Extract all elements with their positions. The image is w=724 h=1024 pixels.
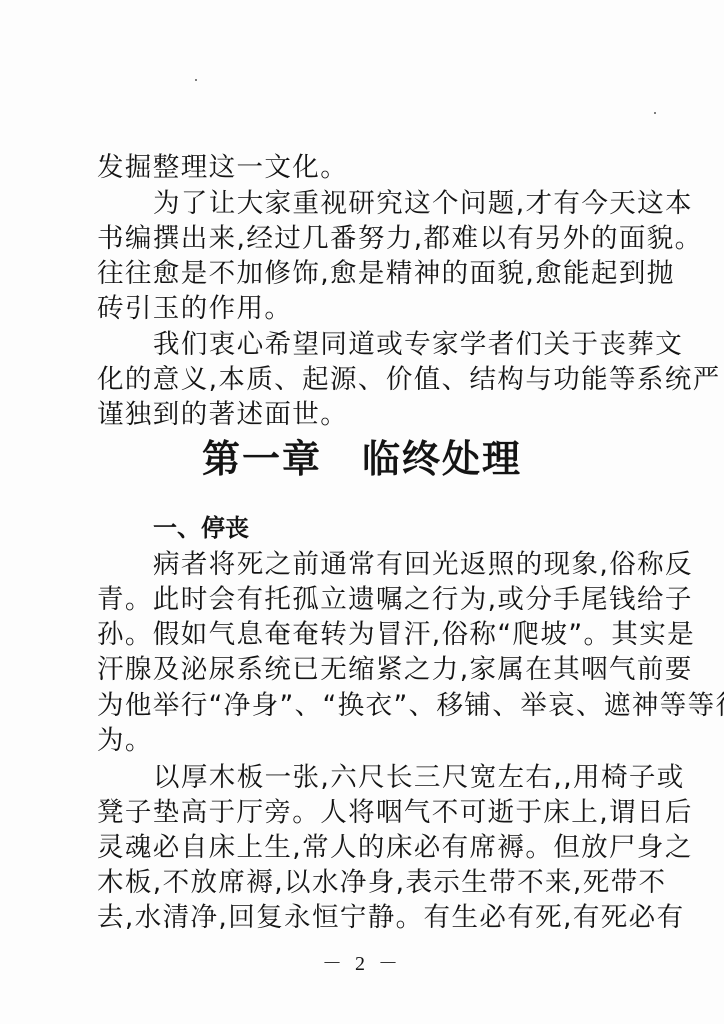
text-line: 青。此时会有托孤立遗嘱之行为,或分手尾钱给子	[97, 582, 629, 617]
text-line: 谨独到的著述面世。	[97, 397, 629, 432]
scan-speck	[654, 112, 656, 114]
text-line: 汗腺及泌尿系统已无缩紧之力,家属在其咽气前要	[97, 652, 629, 687]
chapter-number: 第一章	[202, 437, 322, 481]
text-line: 化的意义,本质、起源、价值、结构与功能等系统严	[97, 362, 629, 397]
text-line: 往往愈是不加修饰,愈是精神的面貌,愈能起到抛	[97, 256, 629, 291]
text-line: 发掘整理这一文化。	[97, 150, 629, 185]
text-line: 以厚木板一张,六尺长三尺宽左右,,用椅子或	[97, 760, 629, 795]
text-line: 为。	[97, 723, 629, 758]
chapter-heading: 第一章临终处理	[0, 437, 724, 481]
text-line: 孙。假如气息奄奄转为冒汗,俗称“爬坡”。其实是	[97, 617, 629, 652]
section-heading: 一、停丧	[153, 511, 249, 545]
text-line: 我们衷心希望同道或专家学者们关于丧葬文	[97, 327, 629, 362]
text-line: 凳子垫高于厅旁。人将咽气不可逝于床上,谓日后	[97, 795, 629, 830]
page-number: － 2 －	[0, 952, 724, 976]
scan-speck	[195, 79, 197, 81]
text-line: 去,水清净,回复永恒宁静。有生必有死,有死必有	[97, 900, 629, 935]
chapter-title: 临终处理	[362, 437, 522, 481]
text-line: 书编撰出来,经过几番努力,都难以有另外的面貌。	[97, 221, 629, 256]
book-page: 发掘整理这一文化。 为了让大家重视研究这个问题,才有今天这本 书编撰出来,经过几…	[0, 0, 724, 1024]
text-line: 病者将死之前通常有回光返照的现象,俗称反	[97, 547, 629, 582]
text-line: 为他举行“净身”、“换衣”、移铺、举哀、遮神等等行	[97, 688, 629, 723]
text-line: 灵魂必自床上生,常人的床必有席褥。但放尸身之	[97, 830, 629, 865]
text-line: 木板,不放席褥,以水净身,表示生带不来,死带不	[97, 865, 629, 900]
text-line: 为了让大家重视研究这个问题,才有今天这本	[97, 186, 629, 221]
text-line: 砖引玉的作用。	[97, 291, 629, 326]
